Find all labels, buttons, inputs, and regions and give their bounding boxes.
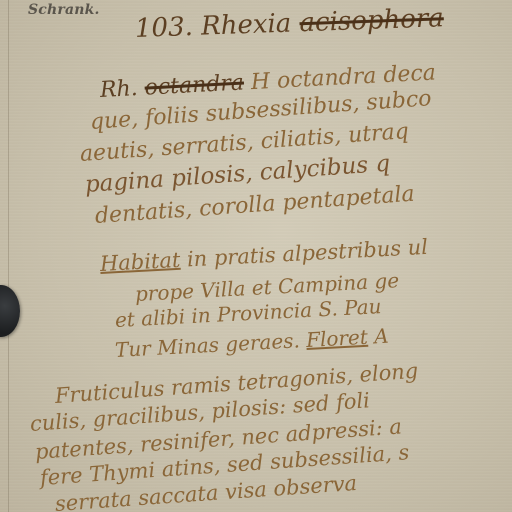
line-text: Tur Minas geraes. [114,328,300,362]
struck-word: octandra [144,70,245,100]
genus-abbrev: Rh. [99,76,138,103]
page-edge-line [8,0,9,512]
species-number: 103. [134,12,193,44]
genus-name: Rhexia [201,9,292,42]
collector-stamp: Schrank. [28,2,100,18]
manuscript-page: Schrank. 103. Rhexia acisophora Rh. octa… [0,0,512,512]
struck-word: acisophora [299,3,444,38]
underlined-word: Habitat [99,248,181,276]
underlined-word: Floret [306,325,369,352]
wax-seal [0,285,20,337]
heading: 103. Rhexia acisophora [134,3,444,44]
line-suffix: A [374,324,390,349]
line-text: in pratis alpestribus ul [186,235,428,272]
